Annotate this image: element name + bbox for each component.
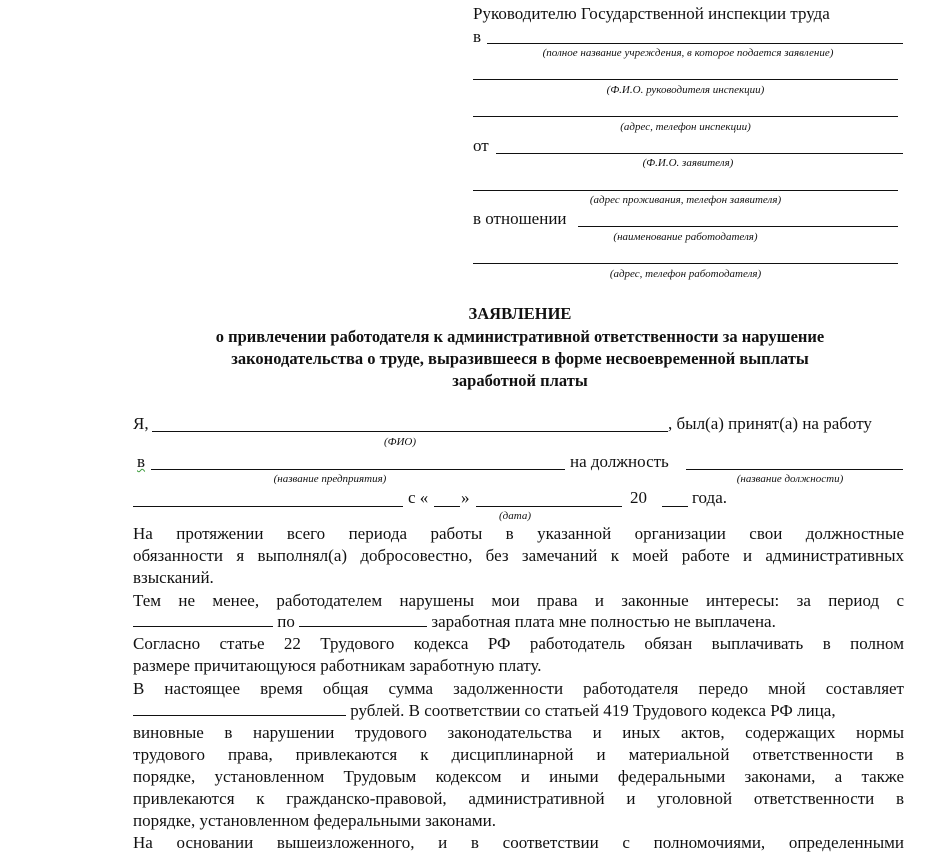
p4-line-2: рублей. В соответствии со статьей 419 Тр…	[133, 701, 904, 721]
p4-line-6: привлекаются к гражданско-правовой, адми…	[133, 789, 904, 809]
p5-line-1: На основании вышеизложенного, и в соотве…	[133, 833, 904, 853]
month-field[interactable]	[476, 506, 622, 507]
p2-line-1: Тем не менее, работодателем нарушены мои…	[133, 591, 904, 611]
institution-field[interactable]	[487, 43, 903, 44]
caption-company: (название предприятия)	[230, 473, 430, 485]
inspection-address-field[interactable]	[473, 116, 898, 117]
day-field[interactable]	[434, 506, 460, 507]
p1-line-2: обязанности я выполнял(а) добросовестно,…	[133, 546, 904, 566]
hired-suffix: , был(а) принят(а) на работу	[668, 414, 872, 433]
year-prefix: 20	[630, 488, 647, 508]
addressee-text: Руководителю Государственной инспекции т…	[473, 4, 830, 24]
head-name-field[interactable]	[473, 79, 898, 80]
employer-address-field[interactable]	[473, 263, 898, 264]
caption-applicant-name: (Ф.И.О. заявителя)	[473, 157, 903, 169]
period-to-field[interactable]	[299, 612, 427, 627]
caption-institution: (полное название учреждения, в которое п…	[473, 47, 903, 59]
p2-line-2: по заработная плата мне полностью не вып…	[133, 612, 904, 632]
p4-line-7: порядке, установленном федеральными зако…	[133, 811, 904, 831]
since-prefix: с «	[408, 488, 428, 508]
caption-inspection-address: (адрес, телефон инспекции)	[473, 121, 898, 133]
position-field[interactable]	[686, 469, 903, 470]
company-in-prefix: в	[137, 452, 145, 472]
caption-head-name: (Ф.И.О. руководителя инспекции)	[473, 84, 898, 96]
i-prefix: Я,	[133, 414, 149, 434]
p1-line-3: взысканий.	[133, 568, 904, 588]
p4-line-1: В настоящее время общая сумма задолженно…	[133, 679, 904, 699]
caption-employer-address: (адрес, телефон работодателя)	[473, 268, 898, 280]
caption-fio: (ФИО)	[330, 436, 470, 448]
caption-date: (дата)	[480, 510, 550, 522]
p2-to: по	[277, 612, 295, 631]
company-field[interactable]	[151, 469, 565, 470]
document-subtitle-line-2: законодательства о труде, выразившееся в…	[130, 348, 910, 370]
p4-line-4: трудового права, привлекаются к дисципли…	[133, 745, 904, 765]
applicant-address-field[interactable]	[473, 190, 898, 191]
document-subtitle-line-3: заработной платы	[130, 370, 910, 392]
caption-applicant-address: (адрес проживания, телефон заявителя)	[473, 194, 898, 206]
period-from-field[interactable]	[133, 612, 273, 627]
p3-line-2: размере причитающуюся работникам заработ…	[133, 656, 904, 676]
in-prefix: в	[473, 27, 481, 47]
caption-position: (название должности)	[690, 473, 890, 485]
year-suffix: года.	[692, 488, 727, 508]
document-subtitle-line-1: о привлечении работодателя к администрат…	[130, 326, 910, 348]
p1-line-1: На протяжении всего периода работы в ука…	[133, 524, 904, 544]
from-prefix: от	[473, 136, 489, 156]
regarding-prefix: в отношении	[473, 209, 567, 229]
p4-line-2-rest: рублей. В соответствии со статьей 419 Тр…	[350, 701, 835, 720]
p2-rest: заработная плата мне полностью не выплач…	[431, 612, 775, 631]
p4-line-5: порядке, установленном Трудовым кодексом…	[133, 767, 904, 787]
since-quote-close: »	[461, 488, 470, 508]
position-label: на должность	[570, 452, 669, 472]
year-field[interactable]	[662, 506, 688, 507]
start-blank-field[interactable]	[133, 506, 403, 507]
hired-text: , был(а) принят(а) на работу	[668, 414, 872, 434]
p3-line-1: Согласно статье 22 Трудового кодекса РФ …	[133, 634, 904, 654]
p4-line-3: виновные в нарушении трудового законодат…	[133, 723, 904, 743]
fio-field[interactable]	[152, 431, 668, 432]
caption-employer-name: (наименование работодателя)	[473, 231, 898, 243]
debt-amount-field[interactable]	[133, 701, 346, 716]
document-title: ЗАЯВЛЕНИЕ	[130, 303, 910, 325]
employer-name-field[interactable]	[578, 226, 898, 227]
applicant-name-field[interactable]	[496, 153, 903, 154]
